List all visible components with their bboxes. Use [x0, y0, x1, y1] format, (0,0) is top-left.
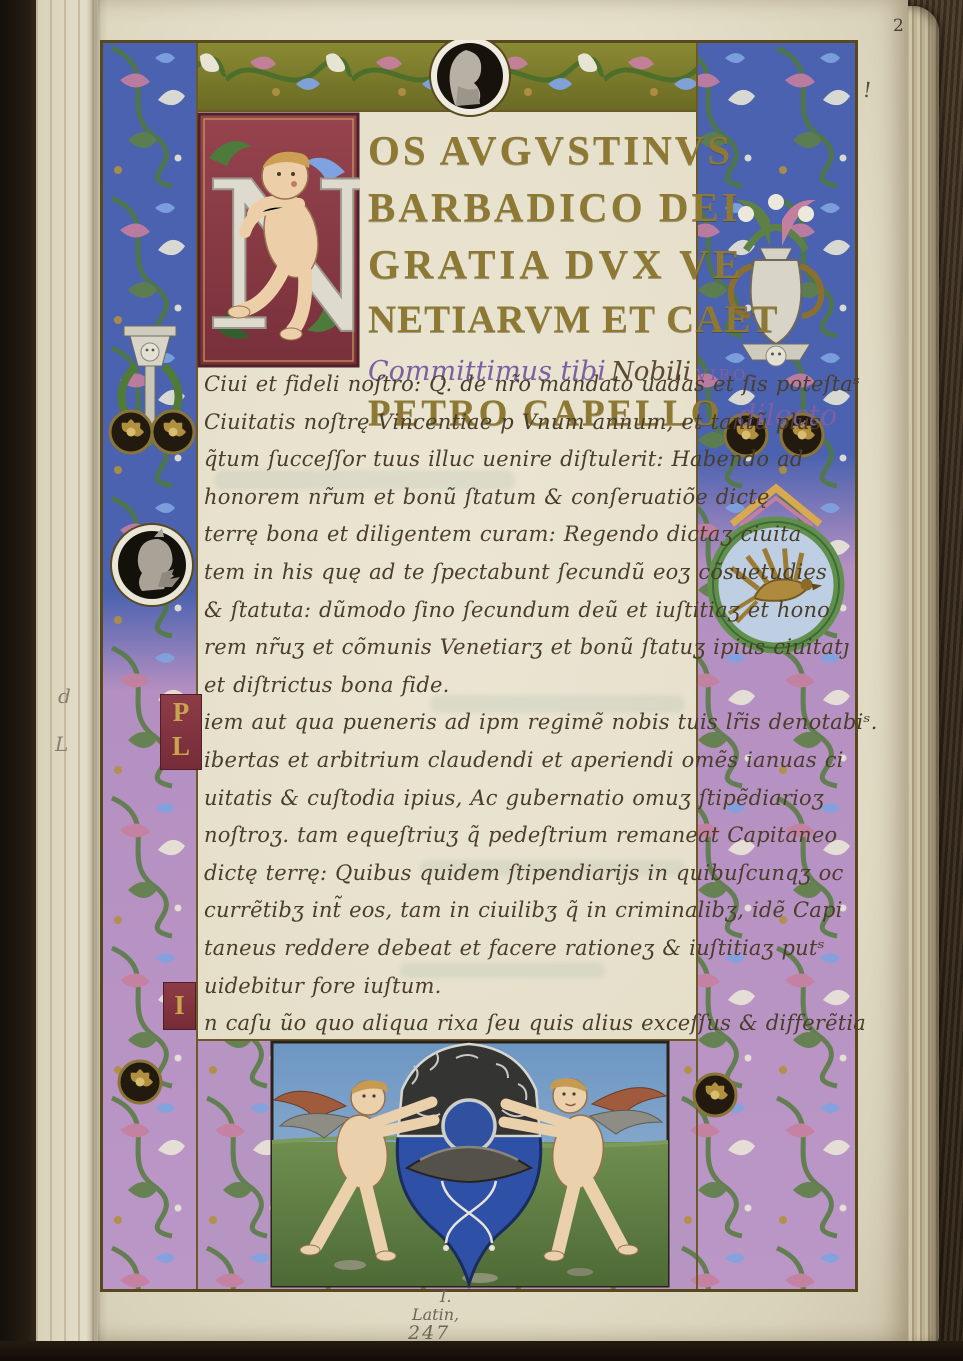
pencil-mark: L [55, 732, 68, 756]
folio-number: 2 [893, 16, 904, 36]
rosette-roundel-icon [152, 411, 194, 453]
photo-backdrop-left [0, 0, 38, 1361]
body-line: ibertas et arbitrium claudendi et aperie… [204, 742, 712, 780]
photo-backdrop-bottom [0, 1341, 963, 1361]
body-line: rem nr̃uʒ et cõmunis Venetiarʒ et bonũ ſ… [204, 629, 712, 667]
heading-line-1: OS AVGVSTINVS [368, 126, 733, 174]
body-line: currẽtibʒ int̃ eos, tam in ciuilibʒ q̃ i… [204, 892, 712, 930]
manuscript-body-text: Ciui et fideli noſtro: Q. de nr̃o mandat… [204, 366, 712, 1043]
body-line: uitatis & cuſtodia ipius, Ac gubernatio … [204, 780, 712, 818]
illuminated-initial-block: N [197, 112, 360, 368]
body-line: Ciui et fideli noſtro: Q. de nr̃o mandat… [204, 366, 712, 404]
body-line: n caſu ũo quo aliqua rixa ſeu quis alius… [204, 1005, 712, 1043]
heading-line-3: GRATIA DVX VE [368, 240, 744, 288]
pencil-mark: d [58, 684, 71, 708]
rosette-roundel-icon [119, 1061, 161, 1103]
body-line: iem aut qua pueneris ad ipm regimẽ nobis… [204, 704, 712, 742]
body-line: & ſtatuta: dũmodo ſino ſecundum deũ et i… [204, 592, 712, 630]
body-line: uidebitur fore iuſtum. [204, 968, 712, 1006]
shelfmark-inscription: I. Latin, 247 [398, 1288, 459, 1342]
heading-line-4: NETIARVM ET CAET [368, 297, 778, 342]
margin-initial-letter: L [161, 729, 201, 763]
heading-line-2: BARBADICO DEI [368, 183, 741, 231]
margin-initial-tab-lower: I [163, 982, 196, 1030]
body-line: dictę terrę: Quibus quidem ſtipendiarijs… [204, 855, 712, 893]
body-line: et diſtrictus bona fide. [204, 667, 712, 705]
margin-initial-letter: I [164, 983, 195, 1027]
satyr-head-medallion-icon [111, 524, 193, 606]
rosette-roundel-icon [694, 1074, 736, 1116]
body-line: terrę bona et diligentem curam: Regendo … [204, 516, 712, 554]
cameo-portrait-medallion-icon [430, 40, 510, 116]
shelfmark-line: I. [440, 1288, 459, 1306]
body-line: taneus reddere debeat et facere rationeʒ… [204, 930, 712, 968]
margin-initial-letter: P [161, 695, 201, 729]
shelfmark-line: 247 [408, 1324, 459, 1342]
body-line: noſtroʒ. tam equeſtriuʒ q̃ pedeſtrium re… [204, 817, 712, 855]
body-line: Ciuitatis noſtrę Vincentiae p Vnum annum… [204, 404, 712, 442]
rosette-roundel-icon [110, 411, 152, 453]
body-line: q̃tum ſucceſſor tuus illuc uenire diſtul… [204, 441, 712, 479]
body-line: tem in his quę ad te ſpectabunt ſecundũ … [204, 554, 712, 592]
putti-shield-miniature [272, 1042, 668, 1286]
body-line: honorem nr̃um et bonũ ſtatum & conſeruat… [204, 479, 712, 517]
margin-initial-tab-upper: P L [160, 694, 202, 770]
